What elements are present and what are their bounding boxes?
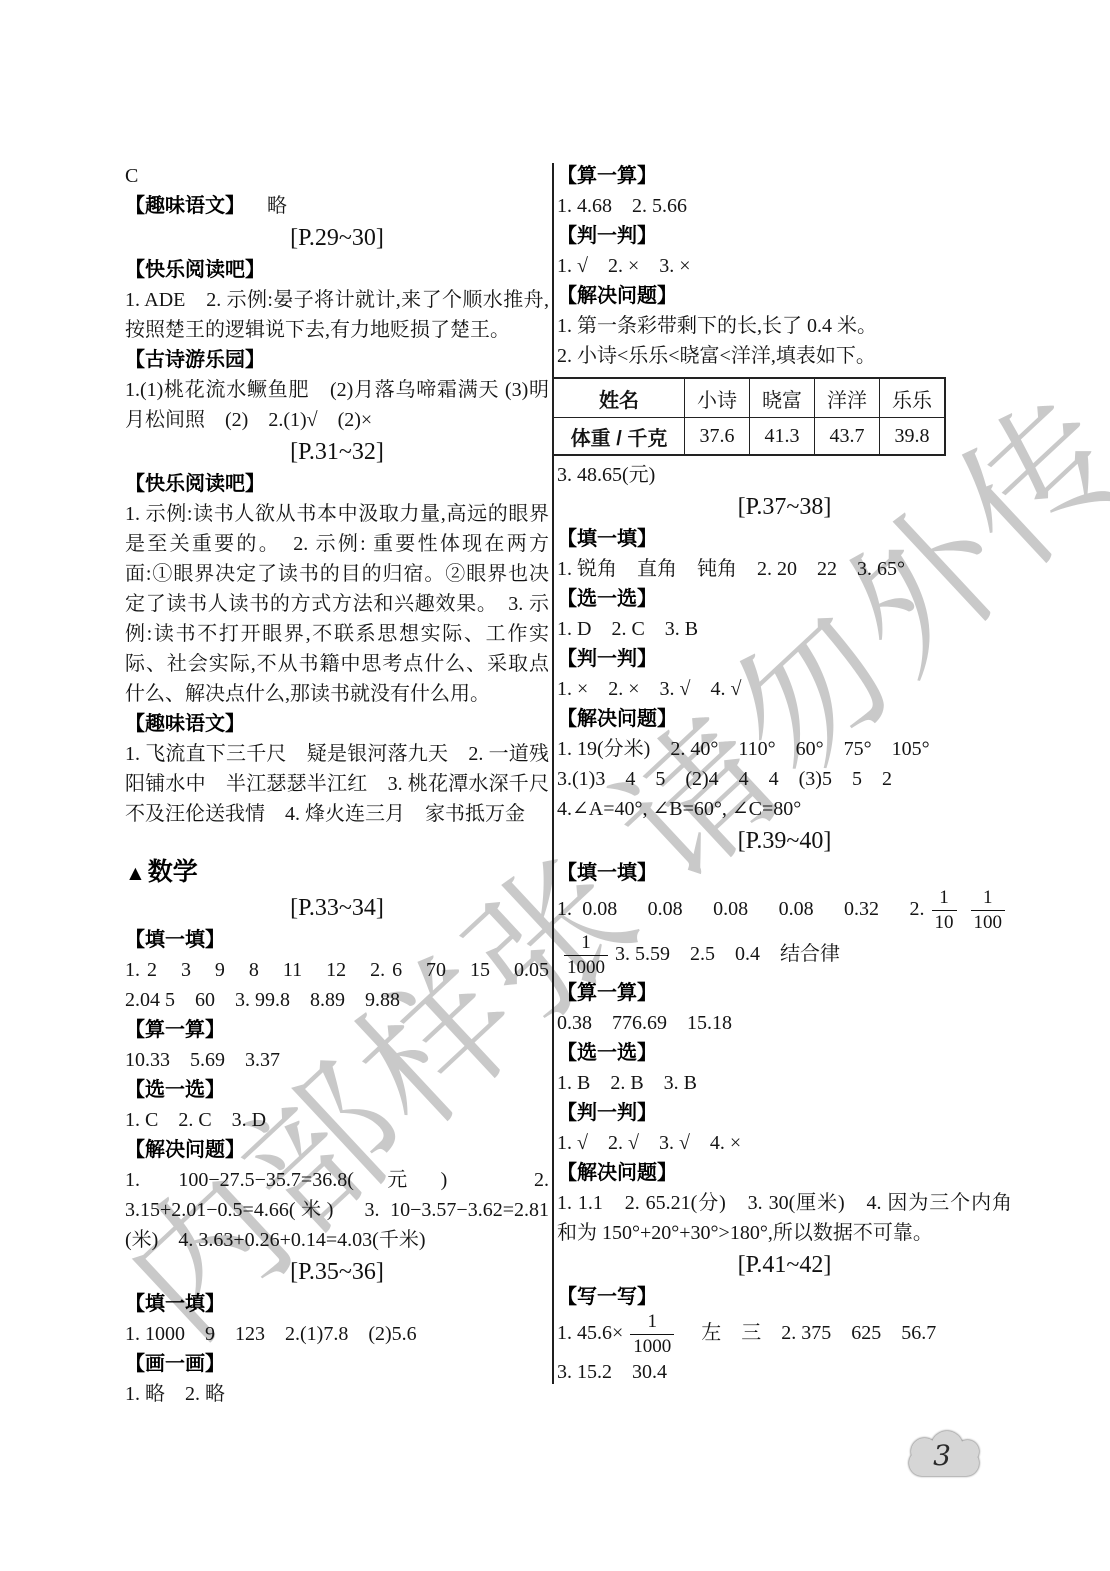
page-range-ref: [P.41~42] [557, 1248, 1012, 1282]
table-header-cell: 晓富 [750, 378, 815, 418]
table-cell: 39.8 [880, 418, 946, 456]
section-header: 【判一判】 [557, 221, 1012, 251]
answer-paragraph: 0.38 776.69 15.18 [557, 1008, 1012, 1038]
table-cell: 41.3 [750, 418, 815, 456]
answer-paragraph: 1. 飞流直下三千尺 疑是银河落九天 2. 一道残阳铺水中 半江瑟瑟半江红 3.… [125, 739, 549, 829]
page-range-ref: [P.31~32] [125, 435, 549, 469]
page-range-ref: [P.37~38] [557, 490, 1012, 524]
fraction-denominator: 1000 [630, 1335, 674, 1357]
answer-paragraph: 1. 2 3 9 8 11 12 2. 6 70 15 0.05 2.04 5 … [125, 955, 549, 1015]
answer-paragraph: 1. 锐角 直角 钝角 2. 20 22 3. 65° [557, 554, 1012, 584]
section-header: 【解决问题】 [557, 281, 1012, 311]
section-header: 【解决问题】 [557, 1158, 1012, 1188]
section-header: 【算一算】 [125, 1015, 549, 1045]
answer-paragraph: 1. × 2. × 3. √ 4. √ [557, 674, 1012, 704]
section-header: 【算一算】 [557, 161, 1012, 191]
table-header-cell: 姓名 [553, 378, 685, 418]
section-header: 【判一判】 [557, 644, 1012, 674]
page-range-ref: [P.35~36] [125, 1255, 549, 1289]
section-header: 【古诗游乐园】 [125, 345, 549, 375]
workbook-answer-page: 内部样张 请勿外传 C 【趣味语文】略 [P.29~30] 【快乐阅读吧】 1.… [0, 0, 1110, 1571]
table-row-label: 体重 / 千克 [553, 418, 685, 456]
answer-text: 左 三 2. 375 625 56.7 [681, 1322, 936, 1344]
answer-paragraph: 1. √ 2. √ 3. √ 4. × [557, 1128, 1012, 1158]
page-range-ref: [P.29~30] [125, 221, 549, 255]
section-header: 【画一画】 [125, 1349, 549, 1379]
answer-text: 1. 0.08 0.08 0.08 0.08 0.32 2. [557, 898, 925, 920]
section-header: 【填一填】 [125, 1289, 549, 1319]
section-header: 【选一选】 [557, 584, 1012, 614]
answer-paragraph: 1. C 2. C 3. D [125, 1105, 549, 1135]
table-cell: 37.6 [685, 418, 750, 456]
answer-text: 1. 45.6× [557, 1322, 623, 1344]
table-header-cell: 洋洋 [815, 378, 880, 418]
page-number: 3 [906, 1439, 978, 1472]
column-divider [552, 163, 554, 1384]
page-range-ref: [P.39~40] [557, 824, 1012, 858]
answer-paragraph: 1. 1000 9 123 2.(1)7.8 (2)5.6 [125, 1319, 549, 1349]
answer-paragraph: 1. 1.1 2. 65.21(分) 3. 30(厘米) 4. 因为三个内角和为… [557, 1188, 1012, 1248]
section-header: 【趣味语文】 [125, 195, 245, 217]
section-header: 【快乐阅读吧】 [125, 255, 549, 285]
section-header: 【填一填】 [125, 925, 549, 955]
table-header-row: 姓名 小诗 晓富 洋洋 乐乐 [553, 378, 945, 418]
section-header: 【写一写】 [557, 1282, 1012, 1312]
page-range-ref: [P.33~34] [125, 891, 549, 925]
weight-table: 姓名 小诗 晓富 洋洋 乐乐 体重 / 千克 37.6 41.3 43.7 39… [552, 377, 946, 456]
answer-paragraph: 1. 4.68 2. 5.66 [557, 191, 1012, 221]
fraction-numerator: 1 [971, 888, 1006, 911]
answer-text: 3. 5.59 2.5 0.4 结合律 [615, 943, 840, 965]
fraction-denominator: 100 [971, 911, 1006, 933]
left-column: C 【趣味语文】略 [P.29~30] 【快乐阅读吧】 1. ADE 2. 示例… [125, 161, 549, 1409]
fraction: 110 [932, 888, 957, 933]
answer-text: 1. 第一条彩带剩下的长,长了 0.4 米。 [557, 311, 1012, 341]
answer-text: 2. 小诗<乐乐<晓富<洋洋,填表如下。 [557, 341, 1012, 371]
fraction-denominator: 10 [932, 911, 957, 933]
section-header: 【选一选】 [125, 1075, 549, 1105]
answer-paragraph: 1. ADE 2. 示例:晏子将计就计,来了个顺水推舟,按照楚王的逻辑说下去,有… [125, 285, 549, 345]
fraction: 11000 [630, 1312, 674, 1357]
answer-paragraph: 10.33 5.69 3.37 [125, 1045, 549, 1075]
fraction-numerator: 1 [932, 888, 957, 911]
answer-paragraph: 1. √ 2. × 3. × [557, 251, 1012, 281]
answer-text: C [125, 161, 549, 191]
answer-paragraph: 1. 略 2. 略 [125, 1379, 549, 1409]
answer-paragraph: 1.(1)桃花流水鳜鱼肥 (2)月落乌啼霜满天 (3)明月松间照 (2) 2.(… [125, 375, 549, 435]
answer-paragraph: 1. 0.08 0.08 0.08 0.08 0.32 2.1101100110… [557, 888, 1012, 978]
answer-paragraph: 1. B 2. B 3. B [557, 1068, 1012, 1098]
answer-text: 1. 19(分米) 2. 40° 110° 60° 75° 105° [557, 734, 1012, 764]
table-header-cell: 乐乐 [880, 378, 946, 418]
answer-text: 3. 15.2 30.4 [557, 1357, 1012, 1387]
table-data-row: 体重 / 千克 37.6 41.3 43.7 39.8 [553, 418, 945, 456]
answer-paragraph: 1. D 2. C 3. B [557, 614, 1012, 644]
triangle-icon: ▲ [125, 862, 146, 885]
table-header-cell: 小诗 [685, 378, 750, 418]
answer-paragraph: 1. 示例:读书人欲从书本中汲取力量,高远的眼界是至关重要的。 2. 示例: 重… [125, 499, 549, 709]
answer-text: 3. 48.65(元) [557, 460, 1012, 490]
answer-paragraph: 1. 45.6×11000 左 三 2. 375 625 56.7 [557, 1312, 1012, 1357]
answer-text: 略 [267, 195, 287, 217]
section-header: 【解决问题】 [557, 704, 1012, 734]
section-header: 【填一填】 [557, 524, 1012, 554]
section-header: 【选一选】 [557, 1038, 1012, 1068]
answer-text: 3.(1)3 4 5 (2)4 4 4 (3)5 5 2 [557, 764, 1012, 794]
section-header: 【填一填】 [557, 858, 1012, 888]
fraction-numerator: 1 [630, 1312, 674, 1335]
subject-heading-math: ▲数学 [125, 855, 549, 891]
section-header: 【判一判】 [557, 1098, 1012, 1128]
fraction: 11000 [564, 933, 608, 978]
subject-heading-label: 数学 [148, 858, 198, 886]
page-number-cloud: 3 [906, 1430, 984, 1482]
fraction-numerator: 1 [564, 933, 608, 956]
answer-text: 4.∠A=40°, ∠B=60°, ∠C=80° [557, 794, 1012, 824]
right-column: 【算一算】 1. 4.68 2. 5.66 【判一判】 1. √ 2. × 3.… [557, 161, 1012, 1387]
table-cell: 43.7 [815, 418, 880, 456]
section-header: 【快乐阅读吧】 [125, 469, 549, 499]
fraction: 1100 [971, 888, 1006, 933]
section-header: 【趣味语文】 [125, 709, 549, 739]
section-header: 【解决问题】 [125, 1135, 549, 1165]
section-header: 【算一算】 [557, 978, 1012, 1008]
answer-paragraph: 1. 100−27.5−35.7=36.8(元) 2. 3.15+2.01−0.… [125, 1165, 549, 1255]
fraction-denominator: 1000 [564, 956, 608, 978]
section-row: 【趣味语文】略 [125, 191, 549, 221]
